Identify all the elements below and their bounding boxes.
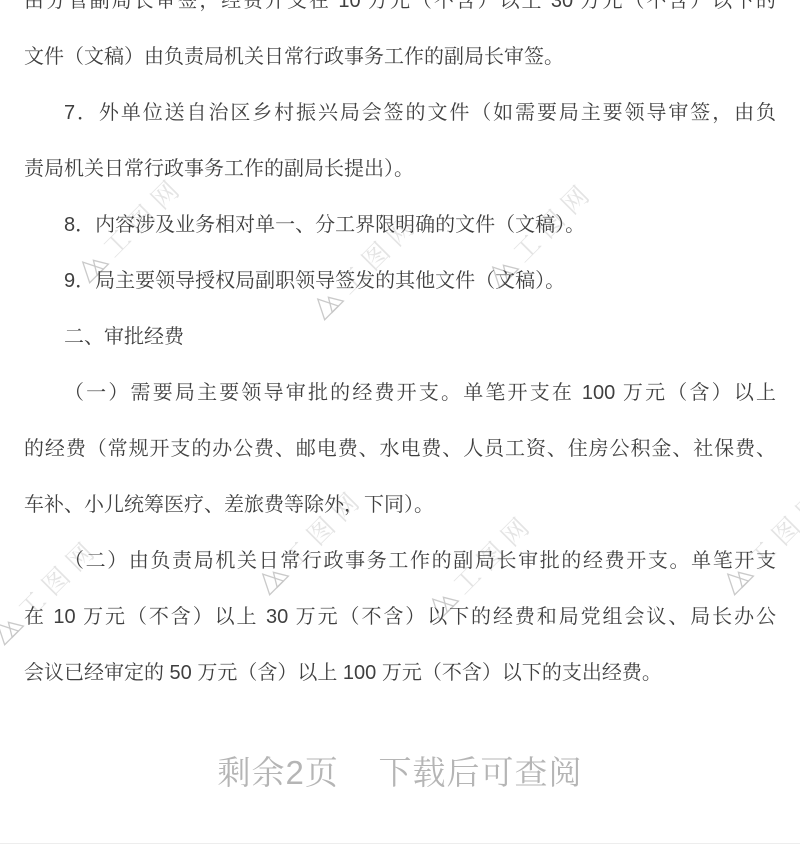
document-preview-page: 工图网 工图网 工图网 工图网 工图网 工图网 工图网 由分管副局长审签，经费开… bbox=[0, 0, 800, 854]
remaining-pages-label: 剩余2页 bbox=[218, 754, 339, 791]
doc-line: 会议已经审定的 50 万元（含）以上 100 万元（不含）以下的支出经费。 bbox=[24, 645, 776, 701]
page-bottom-divider bbox=[0, 843, 800, 844]
download-hint-label: 下载后可查阅 bbox=[378, 754, 582, 791]
doc-line: 9．局主要领导授权局副职领导签发的其他文件（文稿）。 bbox=[24, 253, 776, 309]
doc-line: 的经费（常规开支的办公费、邮电费、水电费、人员工资、住房公积金、社保费、 bbox=[24, 421, 776, 477]
doc-line: 在 10 万元（不含）以上 30 万元（不含）以下的经费和局党组会议、局长办公 bbox=[24, 589, 776, 645]
doc-section-heading: 二、审批经费 bbox=[24, 309, 776, 365]
doc-line: 8．内容涉及业务相对单一、分工界限明确的文件（文稿）。 bbox=[24, 197, 776, 253]
document-body: 由分管副局长审签，经费开支在 10 万元（不含）以上 30 万元（不含）以下的 … bbox=[24, 0, 776, 701]
preview-footer: 剩余2页下载后可查阅 bbox=[0, 747, 800, 794]
doc-line: 车补、小儿统筹医疗、差旅费等除外，下同）。 bbox=[24, 477, 776, 533]
doc-line: 由分管副局长审签，经费开支在 10 万元（不含）以上 30 万元（不含）以下的 bbox=[24, 0, 776, 29]
doc-line: （二）由负责局机关日常行政事务工作的副局长审批的经费开支。单笔开支 bbox=[24, 533, 776, 589]
doc-line: 文件（文稿）由负责局机关日常行政事务工作的副局长审签。 bbox=[24, 29, 776, 85]
doc-line: 责局机关日常行政事务工作的副局长提出）。 bbox=[24, 141, 776, 197]
doc-line: 7．外单位送自治区乡村振兴局会签的文件（如需要局主要领导审签，由负 bbox=[24, 85, 776, 141]
watermark-logo-icon bbox=[0, 608, 27, 648]
doc-line: （一）需要局主要领导审批的经费开支。单笔开支在 100 万元（含）以上 bbox=[24, 365, 776, 421]
